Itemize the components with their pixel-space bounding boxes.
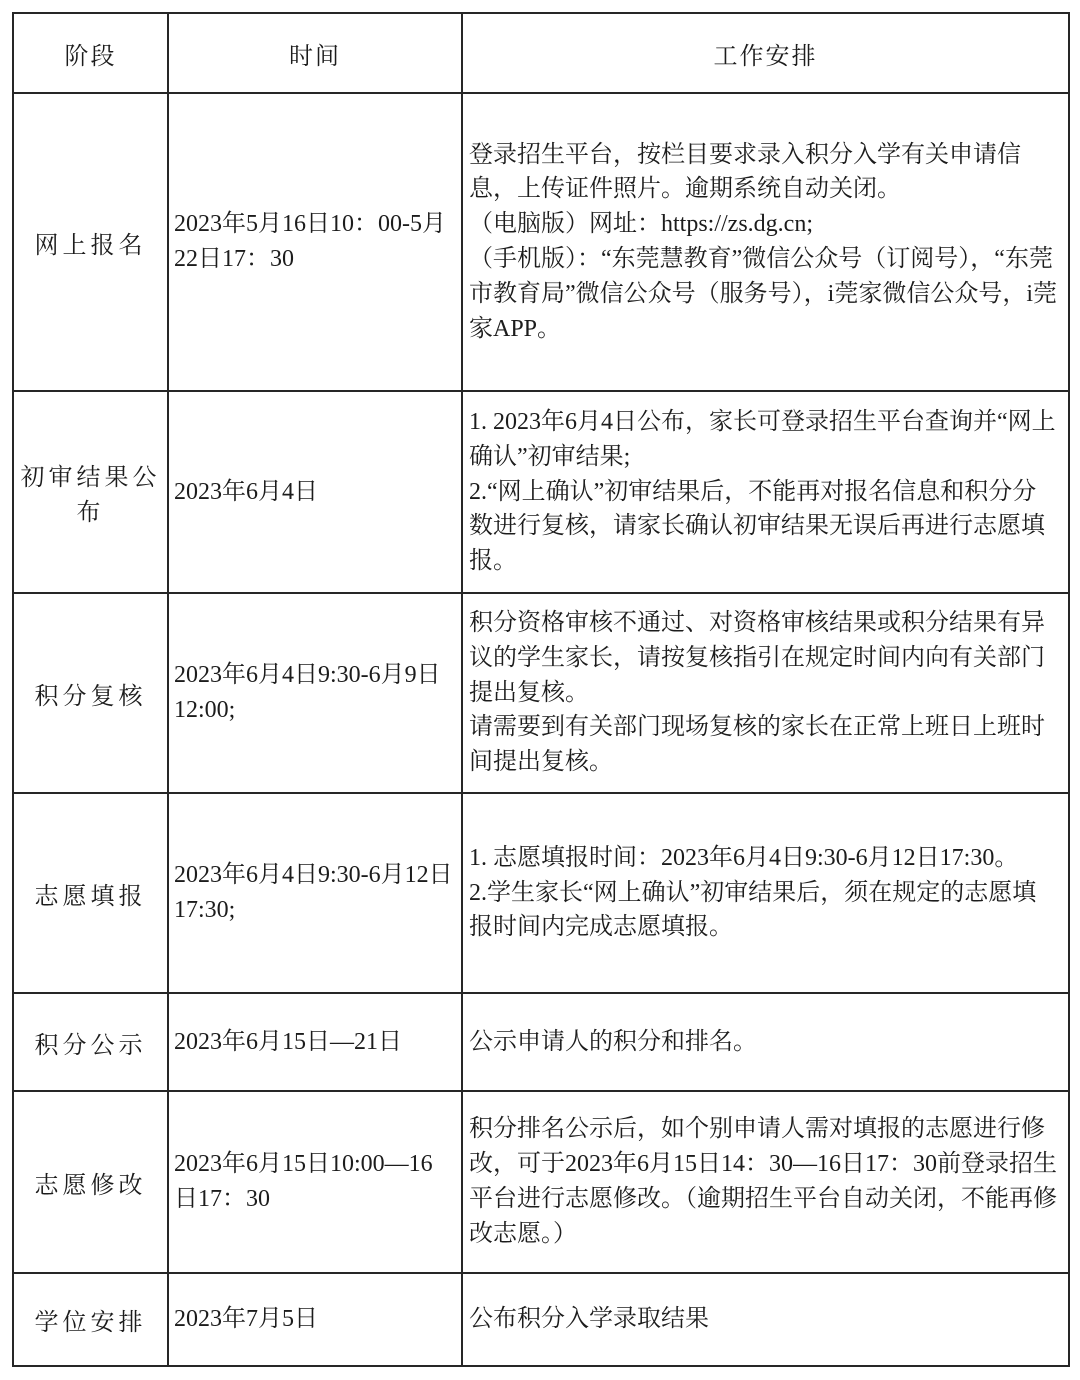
stage-cell: 志愿填报 xyxy=(13,793,168,993)
arrangement-cell: 1. 志愿填报时间：2023年6月4日9:30-6月12日17:30。 2.学生… xyxy=(462,793,1069,993)
time-cell: 2023年7月5日 xyxy=(168,1273,462,1366)
table-row-points-publicity: 积分公示 2023年6月15日—21日 公示申请人的积分和排名。 xyxy=(13,993,1069,1091)
table-row-initial-result: 初审结果公布 2023年6月4日 1. 2023年6月4日公布，家长可登录招生平… xyxy=(13,391,1069,593)
header-row: 阶段 时间 工作安排 xyxy=(13,13,1069,93)
arrangement-paragraph: 1. 2023年6月4日公布，家长可登录招生平台查询并“网上确认”初审结果; xyxy=(469,405,1058,475)
arrangement-cell: 1. 2023年6月4日公布，家长可登录招生平台查询并“网上确认”初审结果; 2… xyxy=(462,391,1069,593)
arrangement-paragraph: 公示申请人的积分和排名。 xyxy=(469,1025,1058,1060)
stage-cell: 初审结果公布 xyxy=(13,391,168,593)
table-row-placement: 学位安排 2023年7月5日 公布积分入学录取结果 xyxy=(13,1273,1069,1366)
col-header-arrangement: 工作安排 xyxy=(462,13,1069,93)
stage-cell: 积分复核 xyxy=(13,593,168,793)
col-header-time: 时间 xyxy=(168,13,462,93)
document-page: 阶段 时间 工作安排 网上报名 2023年5月16日10：00-5月22日17：… xyxy=(12,12,1070,1367)
arrangement-paragraph: 积分资格审核不通过、对资格审核结果或积分结果有异议的学生家长，请按复核指引在规定… xyxy=(469,606,1058,710)
time-cell: 2023年6月15日—21日 xyxy=(168,993,462,1091)
arrangement-paragraph: 登录招生平台，按栏目要求录入积分入学有关申请信息，上传证件照片。逾期系统自动关闭… xyxy=(469,138,1058,208)
col-header-stage: 阶段 xyxy=(13,13,168,93)
arrangement-paragraph: （电脑版）网址：https://zs.dg.cn; xyxy=(469,207,1058,242)
arrangement-paragraph: （手机版）：“东莞慧教育”微信公众号（订阅号），“东莞市教育局”微信公众号（服务… xyxy=(469,242,1058,346)
arrangement-cell: 公布积分入学录取结果 xyxy=(462,1273,1069,1366)
table-row-online-registration: 网上报名 2023年5月16日10：00-5月22日17：30 登录招生平台，按… xyxy=(13,93,1069,391)
arrangement-paragraph: 积分排名公示后，如个别申请人需对填报的志愿进行修改，可于2023年6月15日14… xyxy=(469,1112,1058,1251)
table-row-preference-filing: 志愿填报 2023年6月4日9:30-6月12日17:30; 1. 志愿填报时间… xyxy=(13,793,1069,993)
arrangement-paragraph: 1. 志愿填报时间：2023年6月4日9:30-6月12日17:30。 xyxy=(469,841,1058,876)
arrangement-cell: 公示申请人的积分和排名。 xyxy=(462,993,1069,1091)
arrangement-paragraph: 2.学生家长“网上确认”初审结果后，须在规定的志愿填报时间内完成志愿填报。 xyxy=(469,876,1058,946)
table-row-preference-modification: 志愿修改 2023年6月15日10:00—16日17：30 积分排名公示后，如个… xyxy=(13,1091,1069,1273)
time-cell: 2023年6月4日 xyxy=(168,391,462,593)
time-cell: 2023年6月4日9:30-6月12日17:30; xyxy=(168,793,462,993)
stage-cell: 学位安排 xyxy=(13,1273,168,1366)
time-cell: 2023年6月4日9:30-6月9日12:00; xyxy=(168,593,462,793)
table-row-points-review: 积分复核 2023年6月4日9:30-6月9日12:00; 积分资格审核不通过、… xyxy=(13,593,1069,793)
arrangement-paragraph: 2.“网上确认”初审结果后，不能再对报名信息和积分分数进行复核，请家长确认初审结… xyxy=(469,475,1058,579)
arrangement-cell: 登录招生平台，按栏目要求录入积分入学有关申请信息，上传证件照片。逾期系统自动关闭… xyxy=(462,93,1069,391)
stage-cell: 积分公示 xyxy=(13,993,168,1091)
stage-cell: 网上报名 xyxy=(13,93,168,391)
arrangement-paragraph: 请需要到有关部门现场复核的家长在正常上班日上班时间提出复核。 xyxy=(469,710,1058,780)
arrangement-cell: 积分排名公示后，如个别申请人需对填报的志愿进行修改，可于2023年6月15日14… xyxy=(462,1091,1069,1273)
arrangement-paragraph: 公布积分入学录取结果 xyxy=(469,1302,1058,1337)
stage-cell: 志愿修改 xyxy=(13,1091,168,1273)
time-cell: 2023年6月15日10:00—16日17：30 xyxy=(168,1091,462,1273)
arrangement-cell: 积分资格审核不通过、对资格审核结果或积分结果有异议的学生家长，请按复核指引在规定… xyxy=(462,593,1069,793)
schedule-table: 阶段 时间 工作安排 网上报名 2023年5月16日10：00-5月22日17：… xyxy=(12,12,1070,1367)
time-cell: 2023年5月16日10：00-5月22日17：30 xyxy=(168,93,462,391)
